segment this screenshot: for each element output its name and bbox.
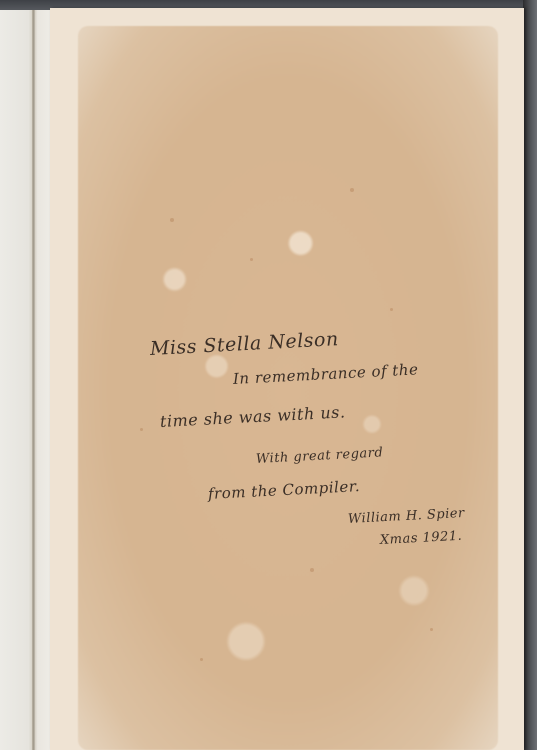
inscription-date: Xmas 1921. — [380, 529, 463, 548]
handwritten-inscription: Miss Stella Nelson In remembrance of the… — [0, 0, 537, 750]
inscription-line: With great regard — [256, 445, 384, 467]
inscription-line: from the Compiler. — [208, 477, 361, 503]
inscription-signature: William H. Spier — [348, 506, 465, 527]
inscription-line: time she was with us. — [160, 402, 346, 431]
inscription-recipient: Miss Stella Nelson — [149, 328, 339, 360]
inscription-line: In remembrance of the — [233, 360, 419, 388]
